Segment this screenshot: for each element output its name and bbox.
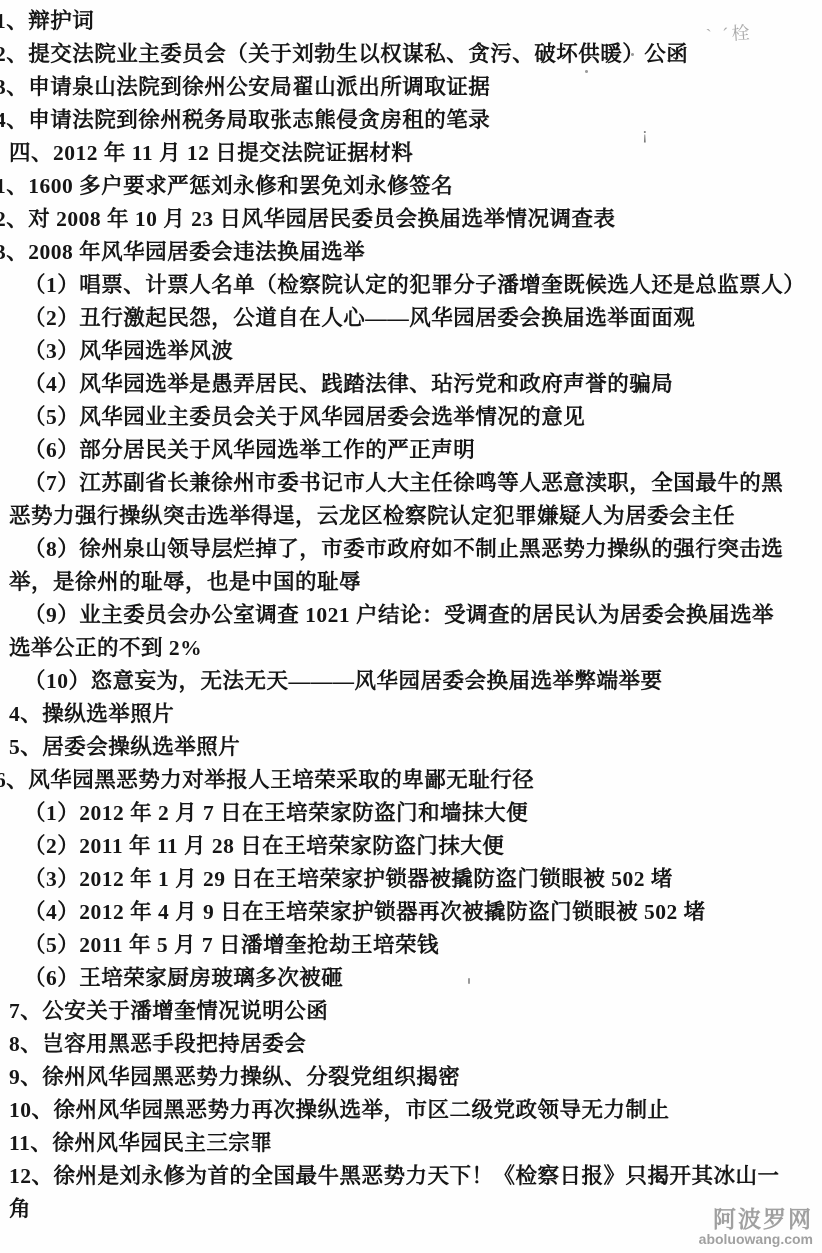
text-line: 10、徐州风华园黑恶势力再次操纵选举，市区二级党政领导无力制止 xyxy=(0,1094,822,1127)
text-line: 四、2012 年 11 月 12 日提交法院证据材料 xyxy=(0,137,822,170)
text-line: （3）2012 年 1 月 29 日在王培荣家护锁器被撬防盗门锁眼被 502 堵 xyxy=(0,863,822,896)
text-line: 4、操纵选举照片 xyxy=(0,698,822,731)
scan-mark-artifact: ¡ xyxy=(642,124,648,144)
text-line: （1）2012 年 2 月 7 日在王培荣家防盗门和墙抹大便 xyxy=(0,797,822,830)
text-line: （5）风华园业主委员会关于风华园居委会选举情况的意见 xyxy=(0,401,822,434)
text-line: （7）江苏副省长兼徐州市委书记市人大主任徐鸣等人恶意渎职，全国最牛的黑 xyxy=(0,467,822,500)
text-line: （10）恣意妄为，无法无天———风华园居委会换届选举弊端举要 xyxy=(0,665,822,698)
text-line: 2、提交法院业主委员会（关于刘勃生以权谋私、贪污、破坏供暖）公函 xyxy=(0,38,822,71)
text-line: （4）风华园选举是愚弄居民、践踏法律、玷污党和政府声誉的骗局 xyxy=(0,368,822,401)
scanned-document-page: 1、辩护词2、提交法院业主委员会（关于刘勃生以权谋私、贪污、破坏供暖）公函3、申… xyxy=(0,0,822,1253)
text-line: （2）丑行激起民怨，公道自在人心——风华园居委会换届选举面面观 xyxy=(0,302,822,335)
text-line: 9、徐州风华园黑恶势力操纵、分裂党组织揭密 xyxy=(0,1061,822,1094)
text-line: （3）风华园选举风波 xyxy=(0,335,822,368)
text-line: 8、岂容用黑恶手段把持居委会 xyxy=(0,1028,822,1061)
text-line: 1、辩护词 xyxy=(0,5,822,38)
text-line: 3、申请泉山法院到徐州公安局翟山派出所调取证据 xyxy=(0,71,822,104)
text-line: 4、申请法院到徐州税务局取张志熊侵贪房租的笔录 xyxy=(0,104,822,137)
text-line: （8）徐州泉山领导层烂掉了，市委市政府如不制止黑恶势力操纵的强行突击选 xyxy=(0,533,822,566)
document-text-block: 1、辩护词2、提交法院业主委员会（关于刘勃生以权谋私、贪污、破坏供暖）公函3、申… xyxy=(0,5,822,1226)
text-line: （9）业主委员会办公室调查 1021 户结论：受调查的居民认为居委会换届选举 xyxy=(0,599,822,632)
text-line: （2）2011 年 11 月 28 日在王培荣家防盗门抹大便 xyxy=(0,830,822,863)
text-line: 恶势力强行操纵突击选举得逞，云龙区检察院认定犯罪嫌疑人为居委会主任 xyxy=(0,500,822,533)
text-line: 11、徐州风华园民主三宗罪 xyxy=(0,1127,822,1160)
text-line: 选举公正的不到 2% xyxy=(0,632,822,665)
text-line: 12、徐州是刘永修为首的全国最牛黑恶势力天下！《检察日报》只揭开其冰山一 xyxy=(0,1160,822,1193)
scan-speck xyxy=(585,70,588,73)
watermark-site-name: 阿波罗网 xyxy=(699,1207,813,1232)
text-line: （5）2011 年 5 月 7 日潘增奎抢劫王培荣钱 xyxy=(0,929,822,962)
watermark-site-domain: aboluowang.com xyxy=(699,1232,813,1247)
text-line: （6）王培荣家厨房玻璃多次被砸 xyxy=(0,962,822,995)
text-line: 2、对 2008 年 10 月 23 日风华园居民委员会换届选举情况调查表 xyxy=(0,203,822,236)
scan-speck xyxy=(468,978,470,984)
text-line: 3、2008 年风华园居委会违法换届选举 xyxy=(0,236,822,269)
watermark: 阿波罗网 aboluowang.com xyxy=(699,1207,813,1247)
text-line: 6、风华园黑恶势力对举报人王培荣采取的卑鄙无耻行径 xyxy=(0,764,822,797)
text-line: 5、居委会操纵选举照片 xyxy=(0,731,822,764)
text-line: （1）唱票、计票人名单（检察院认定的犯罪分子潘增奎既候选人还是总监票人） xyxy=(0,269,822,302)
scan-speck xyxy=(631,53,634,56)
text-line: （4）2012 年 4 月 9 日在王培荣家护锁器再次被撬防盗门锁眼被 502 … xyxy=(0,896,822,929)
text-line: （6）部分居民关于风华园选举工作的严正声明 xyxy=(0,434,822,467)
text-line: 7、公安关于潘增奎情况说明公函 xyxy=(0,995,822,1028)
handwriting-artifact: ˋ ˊ栓 xyxy=(705,18,753,47)
text-line: 举，是徐州的耻辱，也是中国的耻辱 xyxy=(0,566,822,599)
text-line: 1、1600 多户要求严惩刘永修和罢免刘永修签名 xyxy=(0,170,822,203)
